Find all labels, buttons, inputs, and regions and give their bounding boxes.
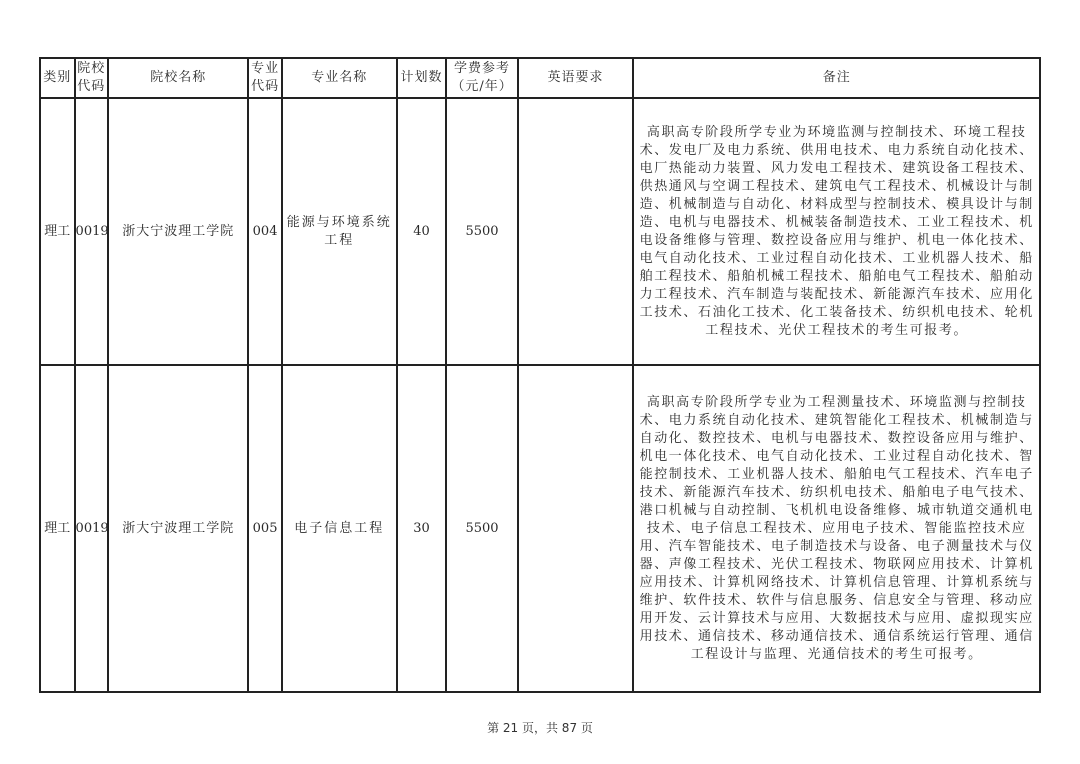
- cell-type: 理工: [40, 365, 75, 692]
- cell-school-code: 0019: [75, 98, 109, 365]
- header-fee: 学费参考（元/年）: [446, 58, 517, 98]
- cell-plan: 40: [397, 98, 447, 365]
- cell-plan: 30: [397, 365, 447, 692]
- cell-type: 理工: [40, 98, 75, 365]
- cell-major-code: 005: [248, 365, 282, 692]
- header-plan: 计划数: [397, 58, 447, 98]
- cell-english: [518, 98, 634, 365]
- header-major-name: 专业名称: [282, 58, 397, 98]
- cell-school-code: 0019: [75, 365, 109, 692]
- cell-major-code: 004: [248, 98, 282, 365]
- cell-fee: 5500: [446, 365, 517, 692]
- header-type: 类别: [40, 58, 75, 98]
- table-row: 理工 0019 浙大宁波理工学院 004 能源与环境系统工程 40 5500 高…: [40, 98, 1040, 365]
- header-school-name: 院校名称: [108, 58, 248, 98]
- cell-school-name: 浙大宁波理工学院: [108, 98, 248, 365]
- header-row: 类别 院校代码 院校名称 专业代码 专业名称 计划数 学费参考（元/年） 英语要…: [40, 58, 1040, 98]
- cell-major-name: 电子信息工程: [282, 365, 397, 692]
- header-school-code: 院校代码: [75, 58, 109, 98]
- header-note: 备注: [633, 58, 1040, 98]
- cell-school-name: 浙大宁波理工学院: [108, 365, 248, 692]
- cell-fee: 5500: [446, 98, 517, 365]
- page-number: 第 21 页，共 87 页: [0, 719, 1080, 736]
- admission-table: 类别 院校代码 院校名称 专业代码 专业名称 计划数 学费参考（元/年） 英语要…: [39, 57, 1041, 693]
- cell-english: [518, 365, 634, 692]
- header-english: 英语要求: [518, 58, 634, 98]
- cell-note: 高职高专阶段所学专业为环境监测与控制技术、环境工程技术、发电厂及电力系统、供用电…: [633, 98, 1040, 365]
- table-row: 理工 0019 浙大宁波理工学院 005 电子信息工程 30 5500 高职高专…: [40, 365, 1040, 692]
- cell-major-name: 能源与环境系统工程: [282, 98, 397, 365]
- cell-note: 高职高专阶段所学专业为工程测量技术、环境监测与控制技术、电力系统自动化技术、建筑…: [633, 365, 1040, 692]
- header-major-code: 专业代码: [248, 58, 282, 98]
